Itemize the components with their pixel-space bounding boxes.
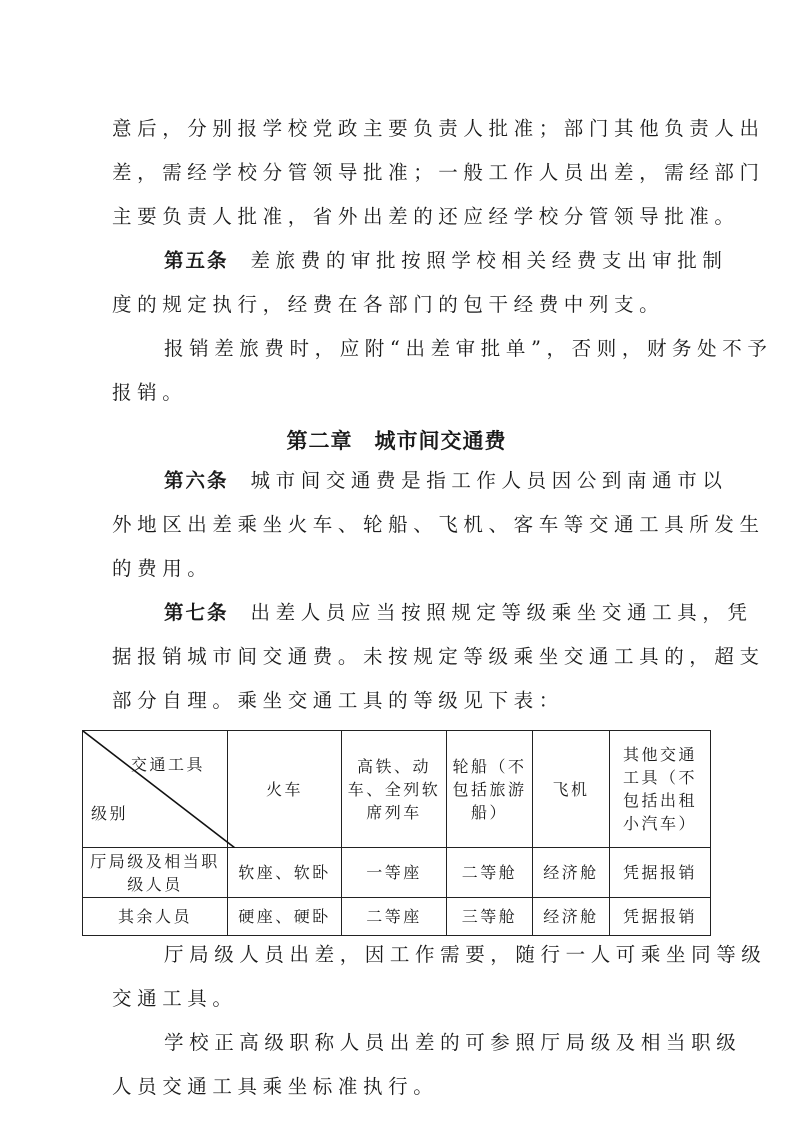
paragraph-line: 度的规定执行，经费在各部门的包干经费中列支。: [112, 293, 702, 317]
level-cell: 其余人员: [83, 898, 228, 936]
paragraph-line: 人员交通工具乘坐标准执行。: [112, 1075, 702, 1099]
table-row: 其余人员 硬座、硬卧 二等座 三等舱 经济舱 凭据报销: [83, 898, 711, 936]
header-cell: 轮船（不包括旅游船）: [447, 731, 533, 848]
table-cell: 经济舱: [533, 898, 610, 936]
table-cell: 一等座: [342, 848, 447, 898]
table-cell: 硬座、硬卧: [228, 898, 342, 936]
paragraph-line: 差，需经学校分管领导批准；一般工作人员出差，需经部门: [112, 161, 702, 185]
header-cell: 高铁、动车、全列软席列车: [342, 731, 447, 848]
table-cell: 软座、软卧: [228, 848, 342, 898]
diagonal-line: [83, 731, 235, 848]
paragraph-line: 厅局级人员出差，因工作需要，随行一人可乘坐同等级: [164, 943, 754, 967]
paragraph-line: 部分自理。乘坐交通工具的等级见下表：: [112, 689, 702, 713]
chapter-title: 第二章 城市间交通费: [0, 425, 793, 455]
paragraph-line: 学校正高级职称人员出差的可参照厅局级及相当职级: [164, 1031, 754, 1055]
paragraph-line: 交通工具。: [112, 987, 702, 1011]
corner-top-label: 交通工具: [131, 753, 205, 776]
article-text: 出差人员应当按照规定等级乘坐交通工具，凭: [251, 601, 753, 624]
article-5: 第五条差旅费的审批按照学校相关经费支出审批制: [164, 249, 754, 273]
corner-bottom-label: 级别: [91, 802, 128, 825]
paragraph-line: 报销差旅费时，应附“出差审批单”，否则，财务处不予: [164, 337, 754, 361]
table-cell: 经济舱: [533, 848, 610, 898]
paragraph-line: 据报销城市间交通费。未按规定等级乘坐交通工具的，超支: [112, 645, 702, 669]
article-text: 城市间交通费是指工作人员因公到南通市以: [251, 469, 728, 492]
article-6: 第六条城市间交通费是指工作人员因公到南通市以: [164, 469, 754, 493]
table-cell: 凭据报销: [610, 848, 711, 898]
corner-cell: 交通工具 级别: [83, 731, 228, 848]
paragraph-line: 主要负责人批准，省外出差的还应经学校分管领导批准。: [112, 205, 702, 229]
article-label: 第五条: [164, 249, 229, 272]
table-header-row: 交通工具 级别 火车 高铁、动车、全列软席列车 轮船（不包括旅游船） 飞机 其他…: [83, 731, 711, 848]
table-row: 厅局级及相当职级人员 软座、软卧 一等座 二等舱 经济舱 凭据报销: [83, 848, 711, 898]
table-cell: 二等座: [342, 898, 447, 936]
paragraph-line: 意后，分别报学校党政主要负责人批准；部门其他负责人出: [112, 117, 702, 141]
paragraph-line: 的费用。: [112, 557, 702, 581]
table-cell: 二等舱: [447, 848, 533, 898]
header-cell: 飞机: [533, 731, 610, 848]
paragraph-line: 报销。: [112, 381, 702, 405]
paragraph-line: 外地区出差乘坐火车、轮船、飞机、客车等交通工具所发生: [112, 513, 702, 537]
header-cell: 其他交通工具（不包括出租小汽车）: [610, 731, 711, 848]
level-cell: 厅局级及相当职级人员: [83, 848, 228, 898]
table-cell: 凭据报销: [610, 898, 711, 936]
article-label: 第六条: [164, 469, 229, 492]
article-text: 差旅费的审批按照学校相关经费支出审批制: [251, 249, 728, 272]
table-cell: 三等舱: [447, 898, 533, 936]
article-label: 第七条: [164, 601, 229, 624]
header-cell: 火车: [228, 731, 342, 848]
transport-grade-table: 交通工具 级别 火车 高铁、动车、全列软席列车 轮船（不包括旅游船） 飞机 其他…: [82, 730, 711, 936]
article-7: 第七条出差人员应当按照规定等级乘坐交通工具，凭: [164, 601, 754, 625]
